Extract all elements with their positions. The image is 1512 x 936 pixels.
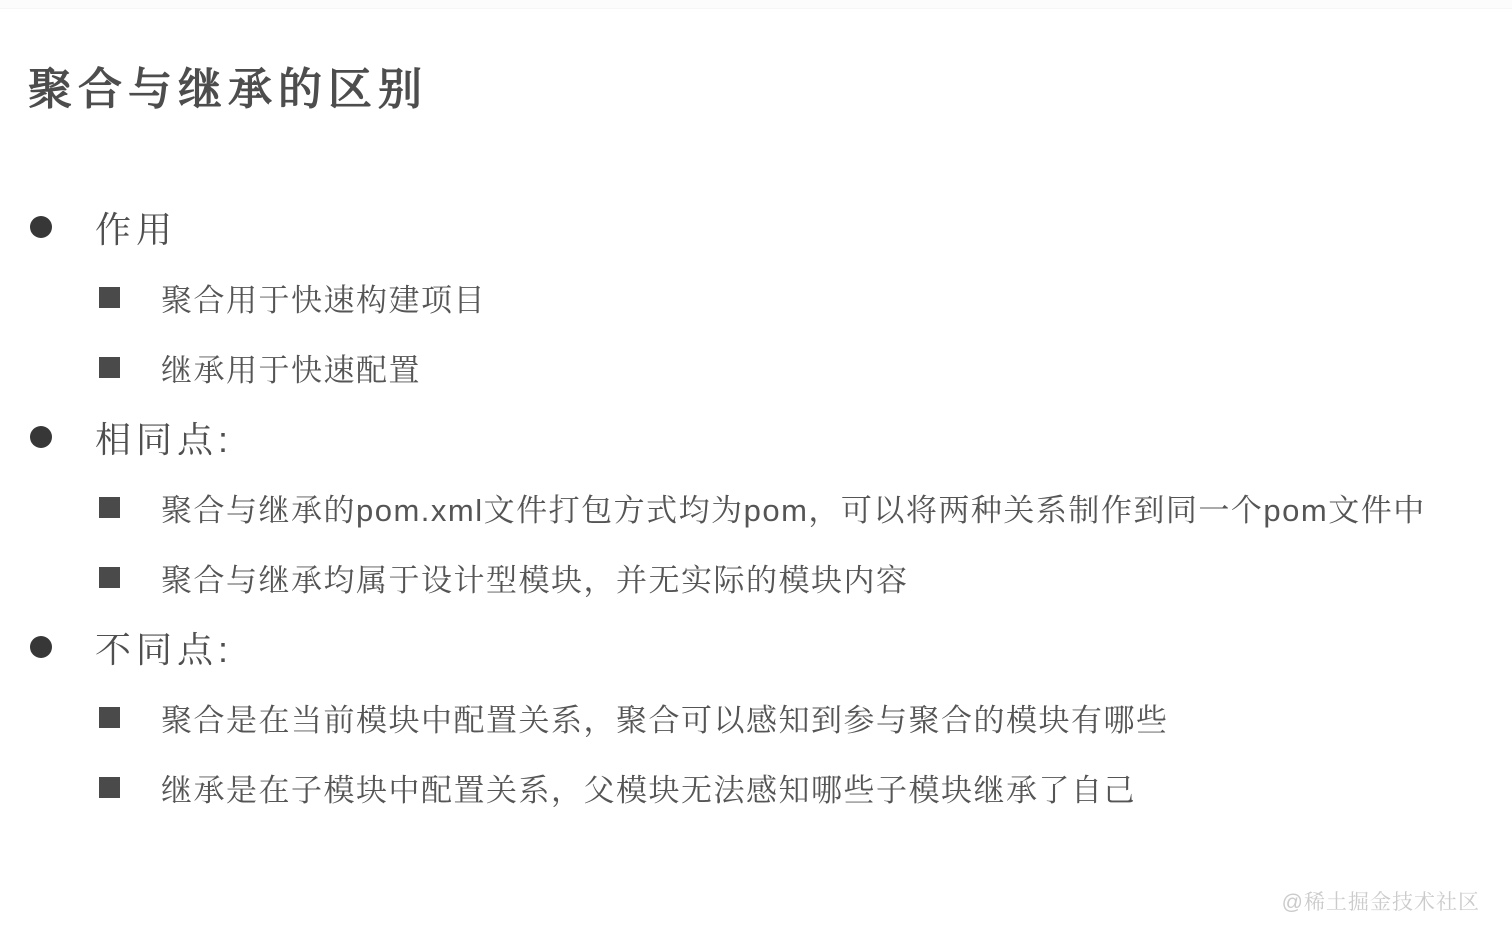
document-page: 聚合与继承的区别 作用 聚合用于快速构建项目 继承用于快速配置 相同点: 聚合与… (0, 0, 1512, 936)
watermark: @稀土掘金技术社区 (1282, 886, 1480, 916)
square-bullet-icon (99, 567, 120, 588)
list-item: 聚合用于快速构建项目 (99, 274, 1512, 320)
list-item-text: 聚合与继承的pom.xml文件打包方式均为pom，可以将两种关系制作到同一个po… (161, 485, 1426, 530)
list-item-section: 相同点: (30, 414, 1512, 460)
square-bullet-icon (99, 287, 120, 308)
square-bullet-icon (99, 497, 120, 518)
outline-list: 作用 聚合用于快速构建项目 继承用于快速配置 相同点: 聚合与继承的pom.xm… (0, 198, 1512, 834)
page-title: 聚合与继承的区别 (28, 66, 428, 114)
circle-bullet-icon (30, 636, 52, 658)
section-label: 相同点: (95, 412, 233, 463)
list-item-text: 聚合用于快速构建项目 (161, 275, 486, 320)
circle-bullet-icon (30, 426, 52, 448)
circle-bullet-icon (30, 216, 52, 238)
list-item-text: 继承用于快速配置 (161, 345, 421, 390)
list-item-section: 作用 (30, 204, 1512, 250)
square-bullet-icon (99, 357, 120, 378)
list-item: 继承用于快速配置 (99, 344, 1512, 390)
list-item: 继承是在子模块中配置关系，父模块无法感知哪些子模块继承了自己 (99, 764, 1512, 810)
list-item-text: 聚合是在当前模块中配置关系，聚合可以感知到参与聚合的模块有哪些 (161, 695, 1169, 740)
list-item-section: 不同点: (30, 624, 1512, 670)
top-edge-divider (0, 0, 1512, 9)
list-item: 聚合是在当前模块中配置关系，聚合可以感知到参与聚合的模块有哪些 (99, 694, 1512, 740)
list-item: 聚合与继承的pom.xml文件打包方式均为pom，可以将两种关系制作到同一个po… (99, 484, 1512, 530)
square-bullet-icon (99, 777, 120, 798)
list-item-text: 聚合与继承均属于设计型模块，并无实际的模块内容 (161, 555, 909, 600)
list-item-text: 继承是在子模块中配置关系，父模块无法感知哪些子模块继承了自己 (161, 765, 1136, 810)
square-bullet-icon (99, 707, 120, 728)
section-label: 不同点: (95, 622, 233, 673)
list-item: 聚合与继承均属于设计型模块，并无实际的模块内容 (99, 554, 1512, 600)
section-label: 作用 (95, 202, 177, 253)
